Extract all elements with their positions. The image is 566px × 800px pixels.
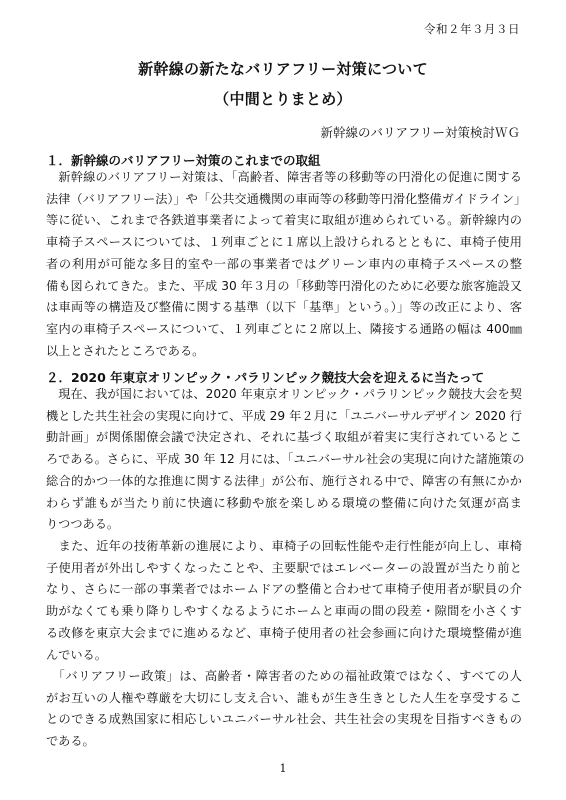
page-number: 1: [0, 762, 566, 775]
document-date: 令和２年３月３日: [424, 21, 520, 37]
section-2-paragraph-2: また、近年の技術革新の進展により、車椅子の回転性能や走行性能が向上し、車椅 子使…: [46, 536, 522, 666]
section-1-paragraph-1: 新幹線のバリアフリー対策は、「高齢者、障害者等の移動等の円滑化の促進に関する 法…: [46, 167, 522, 362]
text-line: 機とした共生社会の実現に向けて、平成 29 年２月に「ユニバーサルデザイン 20…: [46, 406, 522, 428]
document-subtitle: （中間とりまとめ）: [0, 88, 566, 109]
text-line: 備も図られてきた。また、平成 30 年３月の「移動等円滑化のために必要な旅客施設…: [46, 276, 522, 298]
text-line: 車椅子スペースについては、１列車ごとに１席以上設けられるとともに、車椅子使用: [46, 232, 522, 254]
text-line: 現在、我が国においては、2020 年東京オリンピック・パラリンピック競技大会を契: [46, 384, 522, 406]
section-2-paragraph-3: 「バリアフリー政策」は、高齢者・障害者のための福祉政策ではなく、すべての人 がお…: [46, 666, 522, 753]
text-line: 新幹線のバリアフリー対策は、「高齢者、障害者等の移動等の円滑化の促進に関する: [46, 167, 522, 189]
text-line: なり、さらに一部の事業者ではホームドアの整備と合わせて車椅子使用者が駅員の介: [46, 579, 522, 601]
text-line: 以上とされたところである。: [46, 341, 522, 363]
text-line: また、近年の技術革新の進展により、車椅子の回転性能や走行性能が向上し、車椅: [46, 536, 522, 558]
text-line: 総合的かつ一体的な推進に関する法律」が公布、施行される中で、障害の有無にかか: [46, 471, 522, 493]
text-line: 助がなくても乗り降りしやすくなるようにホームと車両の間の段差・隙間を小さくす: [46, 601, 522, 623]
section-2-paragraph-1: 現在、我が国においては、2020 年東京オリンピック・パラリンピック競技大会を契…: [46, 384, 522, 536]
text-line: がお互いの人権や尊厳を大切にし支え合い、誰もが生き生きとした人生を享受するこ: [46, 688, 522, 710]
text-line: る改修を東京大会までに進めるなど、車椅子使用者の社会参画に向けた環境整備が進: [46, 623, 522, 645]
text-line: 室内の車椅子スペースについて、１列車ごとに２席以上、隣接する通路の幅は 400㎜: [46, 319, 522, 341]
text-line: わらず誰もが当たり前に快適に移動や旅を楽しめる環境の整備に向けた気運が高ま: [46, 493, 522, 515]
text-line: ろである。さらに、平成 30 年 12 月には、「ユニバーサル社会の実現に向けた…: [46, 449, 522, 471]
text-line: とのできる成熟国家に相応しいユニバーサル社会、共生社会の実現を目指すべきもの: [46, 709, 522, 731]
text-line: 者の利用が可能な多目的室や一部の事業者ではグリーン車内の車椅子スペースの整: [46, 254, 522, 276]
text-line: 「バリアフリー政策」は、高齢者・障害者のための福祉政策ではなく、すべての人: [46, 666, 522, 688]
text-line: 等に従い、これまで各鉄道事業者によって着実に取組が進められている。新幹線内の: [46, 210, 522, 232]
document-page: 令和２年３月３日 新幹線の新たなバリアフリー対策について （中間とりまとめ） 新…: [0, 0, 566, 800]
text-line: 法律（バリアフリー法）」や「公共交通機関の車両等の移動等円滑化整備ガイドライン」: [46, 189, 522, 211]
text-line: んでいる。: [46, 645, 522, 667]
text-line: 動計画」が関係閣僚会議で決定され、それに基づく取組が着実に実行されているとこ: [46, 427, 522, 449]
document-author: 新幹線のバリアフリー対策検討ＷＧ: [320, 123, 520, 141]
text-line: である。: [46, 731, 522, 753]
text-line: りつつある。: [46, 514, 522, 536]
document-title: 新幹線の新たなバリアフリー対策について: [0, 58, 566, 79]
text-line: 子使用者が外出しやすくなったことや、主要駅ではエレベーターの設置が当たり前と: [46, 558, 522, 580]
text-line: は車両等の構造及び整備に関する基準（以下「基準」という。）」等の改正により、客: [46, 297, 522, 319]
